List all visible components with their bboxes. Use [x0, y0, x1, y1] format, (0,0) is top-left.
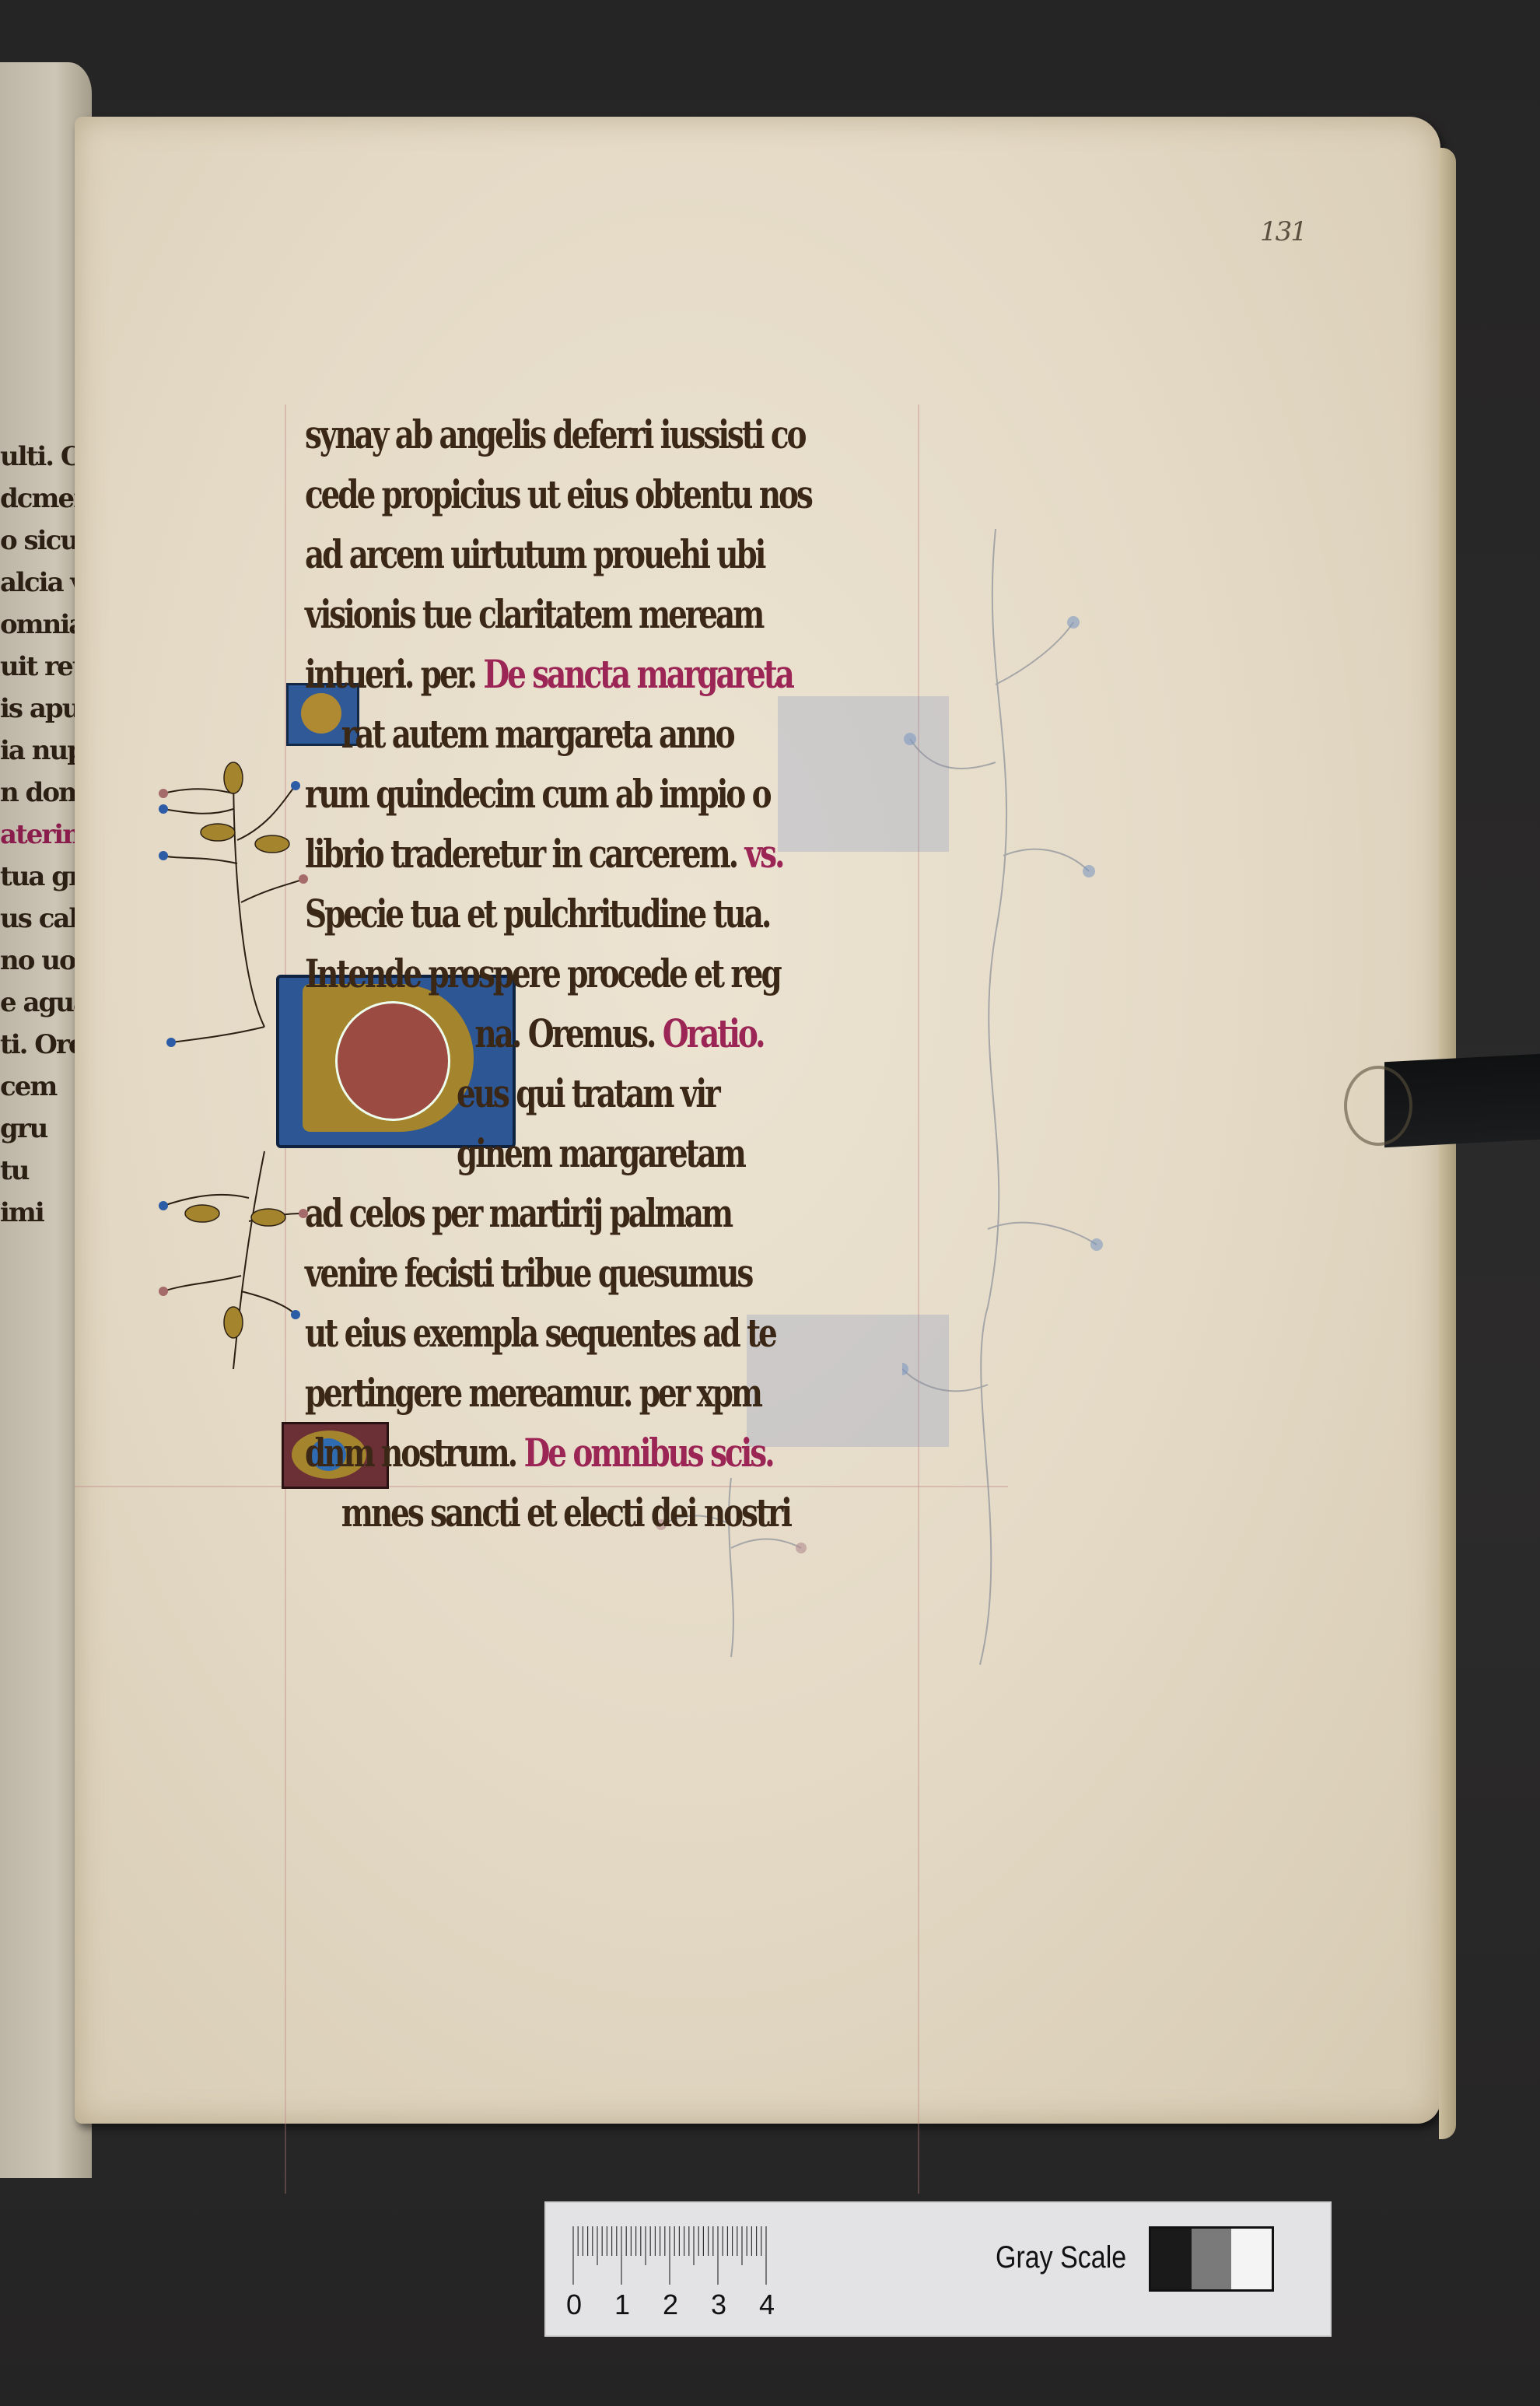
left-page-line: ulti. Orem	[0, 436, 78, 478]
ruler-number: 4	[759, 2289, 775, 2321]
text-line-body: ad celos per martirij palmam	[305, 1190, 731, 1236]
text-line: rum quindecim cum ab impio o	[305, 764, 838, 824]
gray-scale-swatches	[1149, 2226, 1274, 2292]
text-line: ad arcem uirtutum prouehi ubi	[305, 524, 838, 584]
ruler-number: 1	[614, 2289, 630, 2321]
ruler-number: 2	[663, 2289, 678, 2321]
text-line-body: synay ab angelis deferri iussisti co	[305, 412, 804, 457]
folio-number: 131	[1260, 216, 1306, 247]
text-line-body: Specie tua et pulchritudine tua.	[305, 891, 769, 937]
left-page-line: no uoli	[0, 940, 78, 982]
text-line: rat autem margareta anno	[305, 704, 838, 764]
text-line-body: ut eius exempla sequentes ad te	[305, 1310, 775, 1356]
text-line: synay ab angelis deferri iussisti co	[305, 405, 838, 464]
text-line-body: venire fecisti tribue quesumus	[305, 1250, 751, 1296]
text-line-body: rat autem margareta anno	[341, 711, 733, 757]
left-page-line: ti. Orem	[0, 1024, 78, 1066]
text-line: cede propicius ut eius obtentu nos	[305, 464, 838, 524]
text-line-body: dnm nostrum.	[305, 1430, 516, 1476]
text-line-body: ad arcem uirtutum prouehi ubi	[305, 531, 764, 577]
text-line: dnm nostrum. De omnibus scis.	[305, 1423, 838, 1483]
gray-scale-label: Gray Scale	[996, 2240, 1126, 2275]
left-page-line: tu	[0, 1150, 78, 1192]
gray-swatch	[1192, 2229, 1232, 2289]
text-line-body: librio traderetur in carcerem.	[305, 831, 737, 877]
page-clip	[1338, 1035, 1540, 1151]
rubric: vs.	[737, 831, 782, 877]
rubric: Oratio.	[654, 1010, 763, 1056]
left-page-line: n domini	[0, 772, 78, 814]
left-page-line: us cali	[0, 898, 78, 940]
text-line-body: intueri. per.	[305, 651, 475, 697]
scale-card: 01234 Gray Scale	[544, 2201, 1332, 2337]
left-page-line: alcia vi	[0, 562, 78, 604]
text-line: eus qui tratam vir	[305, 1063, 838, 1123]
left-page-line: cem	[0, 1066, 78, 1108]
text-line: Specie tua et pulchritudine tua.	[305, 884, 838, 944]
left-page-line: aterina.	[0, 814, 78, 856]
left-page-line: uit reui	[0, 646, 78, 688]
ruler-number: 0	[566, 2289, 582, 2321]
gray-swatch	[1151, 2229, 1192, 2289]
left-page-line: omnia d	[0, 604, 78, 646]
ruler-ticks	[569, 2226, 772, 2289]
left-page-text: ulti. Oremdcmentio sicutalcia viomnia du…	[0, 436, 78, 1234]
text-line: librio traderetur in carcerem. vs.	[305, 824, 838, 884]
left-page-line: ia nuptu	[0, 730, 78, 772]
text-line: na. Oremus. Oratio.	[305, 1003, 838, 1063]
ruler-number: 3	[711, 2289, 726, 2321]
text-line: ut eius exempla sequentes ad te	[305, 1303, 838, 1363]
text-line: ad celos per martirij palmam	[305, 1183, 838, 1243]
text-line-body: na. Oremus.	[474, 1010, 654, 1056]
text-line-body: Intende prospere procede et reg	[305, 951, 780, 996]
text-line-body: mnes sancti et electi dei nostri	[341, 1490, 790, 1536]
rubric: De sancta margareta	[475, 651, 793, 697]
text-line: intueri. per. De sancta margareta	[305, 644, 838, 704]
left-page-line: is apud	[0, 688, 78, 730]
left-page-line: o sicut	[0, 520, 78, 562]
rubric: De omnibus scis.	[516, 1430, 772, 1476]
text-line: ginem margaretam	[305, 1123, 838, 1183]
clip-ring	[1344, 1066, 1412, 1146]
text-line-body: rum quindecim cum ab impio o	[305, 771, 770, 817]
text-block: synay ab angelis deferri iussisti cocede…	[305, 405, 989, 1543]
text-line: pertingere mereamur. per xpm	[305, 1363, 838, 1423]
left-page-line: gru	[0, 1108, 78, 1150]
left-page-line: e agua	[0, 982, 78, 1024]
text-line-body: visionis tue claritatem meream	[305, 591, 762, 637]
text-line: visionis tue claritatem meream	[305, 584, 838, 644]
text-line: mnes sancti et electi dei nostri	[305, 1483, 838, 1543]
text-line: Intende prospere procede et reg	[305, 944, 838, 1003]
left-page-line: dcmenti	[0, 478, 78, 520]
text-line-body: cede propicius ut eius obtentu nos	[305, 471, 811, 517]
text-line: venire fecisti tribue quesumus	[305, 1243, 838, 1303]
text-line-body: pertingere mereamur. per xpm	[305, 1370, 761, 1416]
gray-swatch	[1231, 2229, 1272, 2289]
text-line-body: ginem margaretam	[457, 1130, 744, 1176]
left-page-line: tua grue	[0, 856, 78, 898]
text-line-body: eus qui tratam vir	[457, 1070, 719, 1116]
left-page-line: imi	[0, 1192, 78, 1234]
